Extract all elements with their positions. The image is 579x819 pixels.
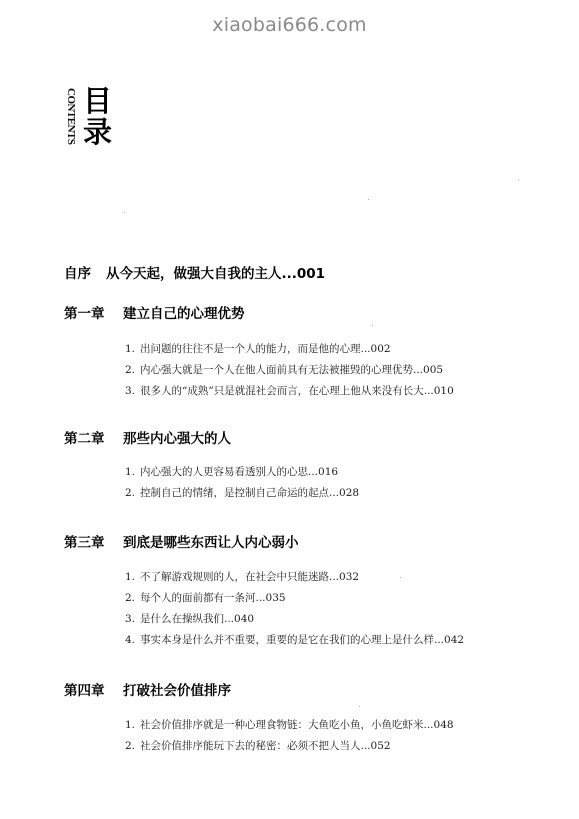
- toc-item[interactable]: 1.社会价值排序就是一种心理食物链：大鱼吃小鱼，小鱼吃虾米...048: [125, 715, 564, 736]
- scan-speck: [124, 212, 125, 213]
- toc-chapter-3: 第三章到底是哪些东西让人内心弱小 1.不了解游戏规则的人，在社会中只能迷路...…: [64, 534, 564, 651]
- item-text: 出问题的往往不是一个人的能力，而是他的心理...002: [140, 343, 391, 355]
- chapter-label: 第一章: [64, 305, 123, 323]
- chapter-label: 第三章: [64, 534, 123, 552]
- item-text: 控制自己的情绪，是控制自己命运的起点...028: [140, 487, 359, 499]
- preface-heading[interactable]: 自序从今天起，做强大自我的主人...001: [64, 265, 564, 283]
- contents-title-zh: 目录: [83, 86, 113, 148]
- item-number: 1.: [125, 567, 140, 588]
- chapter-items: 1.社会价值排序就是一种心理食物链：大鱼吃小鱼，小鱼吃虾米...048 2.社会…: [64, 715, 564, 757]
- chapter-heading[interactable]: 第三章到底是哪些东西让人内心弱小: [64, 534, 564, 552]
- toc-chapter-2: 第二章那些内心强大的人 1.内心强大的人更容易看透别人的心思...016 2.控…: [64, 430, 564, 504]
- item-text: 是什么在操纵我们...040: [140, 613, 254, 625]
- item-number: 2.: [125, 736, 140, 757]
- item-number: 2.: [125, 483, 140, 504]
- contents-title: CONTENTS 目录: [64, 88, 124, 158]
- item-number: 1.: [125, 462, 140, 483]
- item-text: 社会价值排序就是一种心理食物链：大鱼吃小鱼，小鱼吃虾米...048: [140, 719, 454, 731]
- chapter-title: 那些内心强大的人: [123, 431, 231, 447]
- item-text: 内心强大就是一个人在他人面前具有无法被摧毁的心理优势...005: [140, 364, 443, 376]
- chapter-label: 第二章: [64, 430, 123, 448]
- toc-item[interactable]: 2.控制自己的情绪，是控制自己命运的起点...028: [125, 483, 564, 504]
- chapter-items: 1.出问题的往往不是一个人的能力，而是他的心理...002 2.内心强大就是一个…: [64, 339, 564, 402]
- item-number: 2.: [125, 588, 140, 609]
- item-number: 1.: [125, 715, 140, 736]
- toc-chapter-4: 第四章打破社会价值排序 1.社会价值排序就是一种心理食物链：大鱼吃小鱼，小鱼吃虾…: [64, 682, 564, 757]
- chapter-title: 建立自己的心理优势: [123, 306, 245, 322]
- chapter-items: 1.不了解游戏规则的人，在社会中只能迷路...032 2.每个人的面前都有一条河…: [64, 567, 564, 651]
- item-text: 社会价值排序能玩下去的秘密：必须不把人当人...052: [140, 740, 391, 752]
- item-number: 4.: [125, 630, 140, 651]
- scan-speck: [400, 577, 401, 578]
- item-number: 3.: [125, 381, 140, 402]
- toc-preface[interactable]: 自序从今天起，做强大自我的主人...001: [64, 265, 564, 283]
- toc-chapter-1: 第一章建立自己的心理优势 1.出问题的往往不是一个人的能力，而是他的心理...0…: [64, 305, 564, 402]
- item-text: 事实本身是什么并不重要，重要的是它在我们的心理上是什么样...042: [140, 634, 464, 646]
- item-text: 不了解游戏规则的人，在社会中只能迷路...032: [140, 571, 359, 583]
- toc-item[interactable]: 4.事实本身是什么并不重要，重要的是它在我们的心理上是什么样...042: [125, 630, 564, 651]
- item-number: 1.: [125, 339, 140, 360]
- contents-title-en: CONTENTS: [64, 88, 78, 150]
- toc-item[interactable]: 2.每个人的面前都有一条河...035: [125, 588, 564, 609]
- scan-speck: [372, 325, 373, 326]
- chapter-heading[interactable]: 第二章那些内心强大的人: [64, 430, 564, 448]
- preface-title: 从今天起，做强大自我的主人...001: [106, 266, 325, 282]
- toc-item[interactable]: 1.出问题的往往不是一个人的能力，而是他的心理...002: [125, 339, 564, 360]
- toc-item[interactable]: 2.社会价值排序能玩下去的秘密：必须不把人当人...052: [125, 736, 564, 757]
- chapter-heading[interactable]: 第一章建立自己的心理优势: [64, 305, 564, 323]
- item-number: 2.: [125, 360, 140, 381]
- toc-item[interactable]: 2.内心强大就是一个人在他人面前具有无法被摧毁的心理优势...005: [125, 360, 564, 381]
- scan-speck: [368, 199, 369, 200]
- item-text: 内心强大的人更容易看透别人的心思...016: [140, 466, 338, 478]
- chapter-label: 第四章: [64, 682, 123, 700]
- item-text: 很多人的“成熟”只是就混社会而言，在心理上他从来没有长大...010: [140, 385, 454, 397]
- chapter-title: 到底是哪些东西让人内心弱小: [123, 535, 299, 551]
- scan-speck: [359, 706, 360, 707]
- toc-item[interactable]: 1.不了解游戏规则的人，在社会中只能迷路...032: [125, 567, 564, 588]
- chapter-items: 1.内心强大的人更容易看透别人的心思...016 2.控制自己的情绪，是控制自己…: [64, 462, 564, 504]
- chapter-title: 打破社会价值排序: [123, 683, 231, 699]
- item-number: 3.: [125, 609, 140, 630]
- preface-label: 自序: [64, 265, 106, 283]
- item-text: 每个人的面前都有一条河...035: [140, 592, 286, 604]
- toc-item[interactable]: 3.是什么在操纵我们...040: [125, 609, 564, 630]
- toc-item[interactable]: 3.很多人的“成熟”只是就混社会而言，在心理上他从来没有长大...010: [125, 381, 564, 402]
- scan-speck: [518, 179, 519, 180]
- toc-item[interactable]: 1.内心强大的人更容易看透别人的心思...016: [125, 462, 564, 483]
- chapter-heading[interactable]: 第四章打破社会价值排序: [64, 682, 564, 700]
- watermark: xiaobai666.com: [0, 14, 579, 36]
